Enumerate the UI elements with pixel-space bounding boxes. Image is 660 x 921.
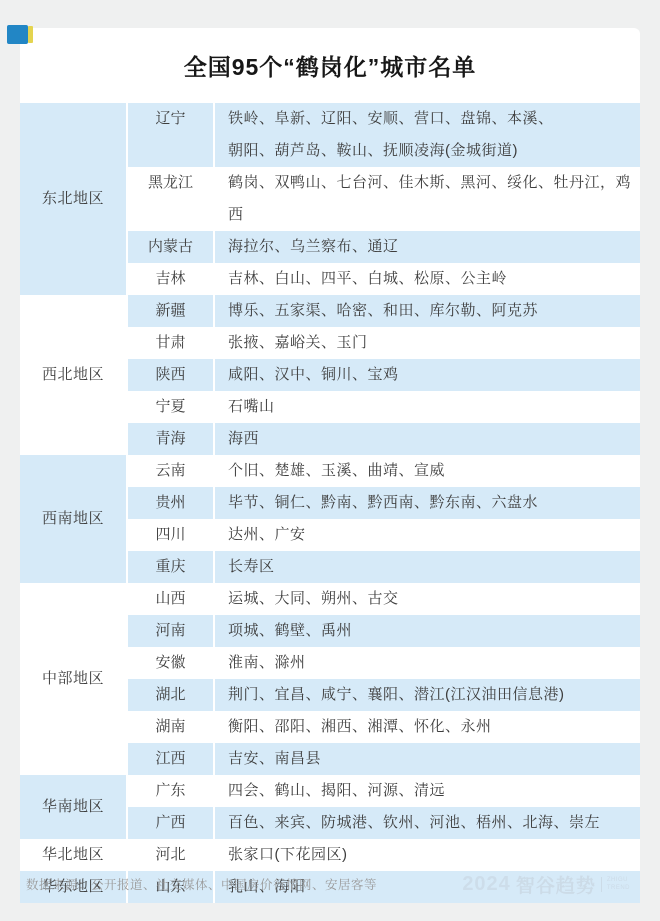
logo-blue-square-icon <box>7 25 28 44</box>
province-cell: 宁夏 <box>128 391 213 423</box>
region-cell: 中部地区 <box>20 583 126 775</box>
cities-cell: 个旧、楚雄、玉溪、曲靖、宣威 <box>215 455 640 487</box>
province-cell: 贵州 <box>128 487 213 519</box>
province-cell: 辽宁 <box>128 103 213 167</box>
cities-cell: 张掖、嘉峪关、玉门 <box>215 327 640 359</box>
data-source-note: 数据来源：公开报道、社交媒体、中国房价行情网、安居客等 <box>26 875 377 893</box>
cities-cell: 咸阳、汉中、铜川、宝鸡 <box>215 359 640 391</box>
watermark-divider <box>601 877 602 892</box>
province-cell: 河北 <box>128 839 213 871</box>
province-cell: 黑龙江 <box>128 167 213 231</box>
logo-yellow-strip-icon <box>28 26 33 43</box>
cities-cell: 石嘴山 <box>215 391 640 423</box>
province-cell: 甘肃 <box>128 327 213 359</box>
cities-cell: 铁岭、阜新、辽阳、安顺、营口、盘锦、本溪、 朝阳、葫芦岛、鞍山、抚顺凌海(金城街… <box>215 103 640 167</box>
cities-cell: 吉林、白山、四平、白城、松原、公主岭 <box>215 263 640 295</box>
cities-cell: 百色、来宾、防城港、钦州、河池、梧州、北海、崇左 <box>215 807 640 839</box>
watermark: 2024 智谷趋势 ZHIGU TREND <box>462 871 630 898</box>
region-cell: 华北地区 <box>20 839 126 871</box>
province-cell: 安徽 <box>128 647 213 679</box>
infographic-page: 全国95个“鹤岗化”城市名单 东北地区辽宁铁岭、阜新、辽阳、安顺、营口、盘锦、本… <box>0 0 660 921</box>
province-cell: 河南 <box>128 615 213 647</box>
city-table: 东北地区辽宁铁岭、阜新、辽阳、安顺、营口、盘锦、本溪、 朝阳、葫芦岛、鞍山、抚顺… <box>20 103 640 903</box>
watermark-tagline: ZHIGU TREND <box>607 876 630 892</box>
cities-cell: 运城、大同、朔州、古交 <box>215 583 640 615</box>
province-cell: 湖南 <box>128 711 213 743</box>
province-cell: 陕西 <box>128 359 213 391</box>
province-cell: 广东 <box>128 775 213 807</box>
footer: 数据来源：公开报道、社交媒体、中国房价行情网、安居客等 2024 智谷趋势 ZH… <box>20 869 640 903</box>
province-cell: 山西 <box>128 583 213 615</box>
cities-cell: 博乐、五家渠、哈密、和田、库尔勒、阿克苏 <box>215 295 640 327</box>
watermark-tagline-line2: TREND <box>607 884 630 892</box>
province-cell: 青海 <box>128 423 213 455</box>
page-title: 全国95个“鹤岗化”城市名单 <box>20 28 640 103</box>
region-cell: 西北地区 <box>20 295 126 455</box>
province-cell: 湖北 <box>128 679 213 711</box>
region-cell: 西南地区 <box>20 455 126 583</box>
watermark-year: 2024 <box>462 873 511 896</box>
province-cell: 江西 <box>128 743 213 775</box>
cities-cell: 鹤岗、双鸭山、七台河、佳木斯、黑河、绥化、牡丹江，鸡西 <box>215 167 640 231</box>
province-cell: 重庆 <box>128 551 213 583</box>
cities-cell: 荆门、宜昌、咸宁、襄阳、潜江(江汉油田信息港) <box>215 679 640 711</box>
cities-cell: 海拉尔、乌兰察布、通辽 <box>215 231 640 263</box>
province-cell: 内蒙古 <box>128 231 213 263</box>
cities-cell: 海西 <box>215 423 640 455</box>
watermark-brand-name: 智谷趋势 <box>516 871 596 898</box>
cities-cell: 项城、鹤壁、禹州 <box>215 615 640 647</box>
province-cell: 吉林 <box>128 263 213 295</box>
province-cell: 云南 <box>128 455 213 487</box>
province-cell: 新疆 <box>128 295 213 327</box>
cities-cell: 长寿区 <box>215 551 640 583</box>
brand-logo <box>7 25 33 44</box>
cities-cell: 吉安、南昌县 <box>215 743 640 775</box>
region-cell: 华南地区 <box>20 775 126 839</box>
cities-cell: 四会、鹤山、揭阳、河源、清远 <box>215 775 640 807</box>
province-cell: 广西 <box>128 807 213 839</box>
watermark-tagline-line1: ZHIGU <box>607 876 630 884</box>
province-cell: 四川 <box>128 519 213 551</box>
region-cell: 东北地区 <box>20 103 126 295</box>
cities-cell: 张家口(下花园区) <box>215 839 640 871</box>
cities-cell: 达州、广安 <box>215 519 640 551</box>
cities-cell: 淮南、滁州 <box>215 647 640 679</box>
cities-cell: 毕节、铜仁、黔南、黔西南、黔东南、六盘水 <box>215 487 640 519</box>
content-card: 全国95个“鹤岗化”城市名单 东北地区辽宁铁岭、阜新、辽阳、安顺、营口、盘锦、本… <box>20 28 640 903</box>
cities-cell: 衡阳、邵阳、湘西、湘潭、怀化、永州 <box>215 711 640 743</box>
